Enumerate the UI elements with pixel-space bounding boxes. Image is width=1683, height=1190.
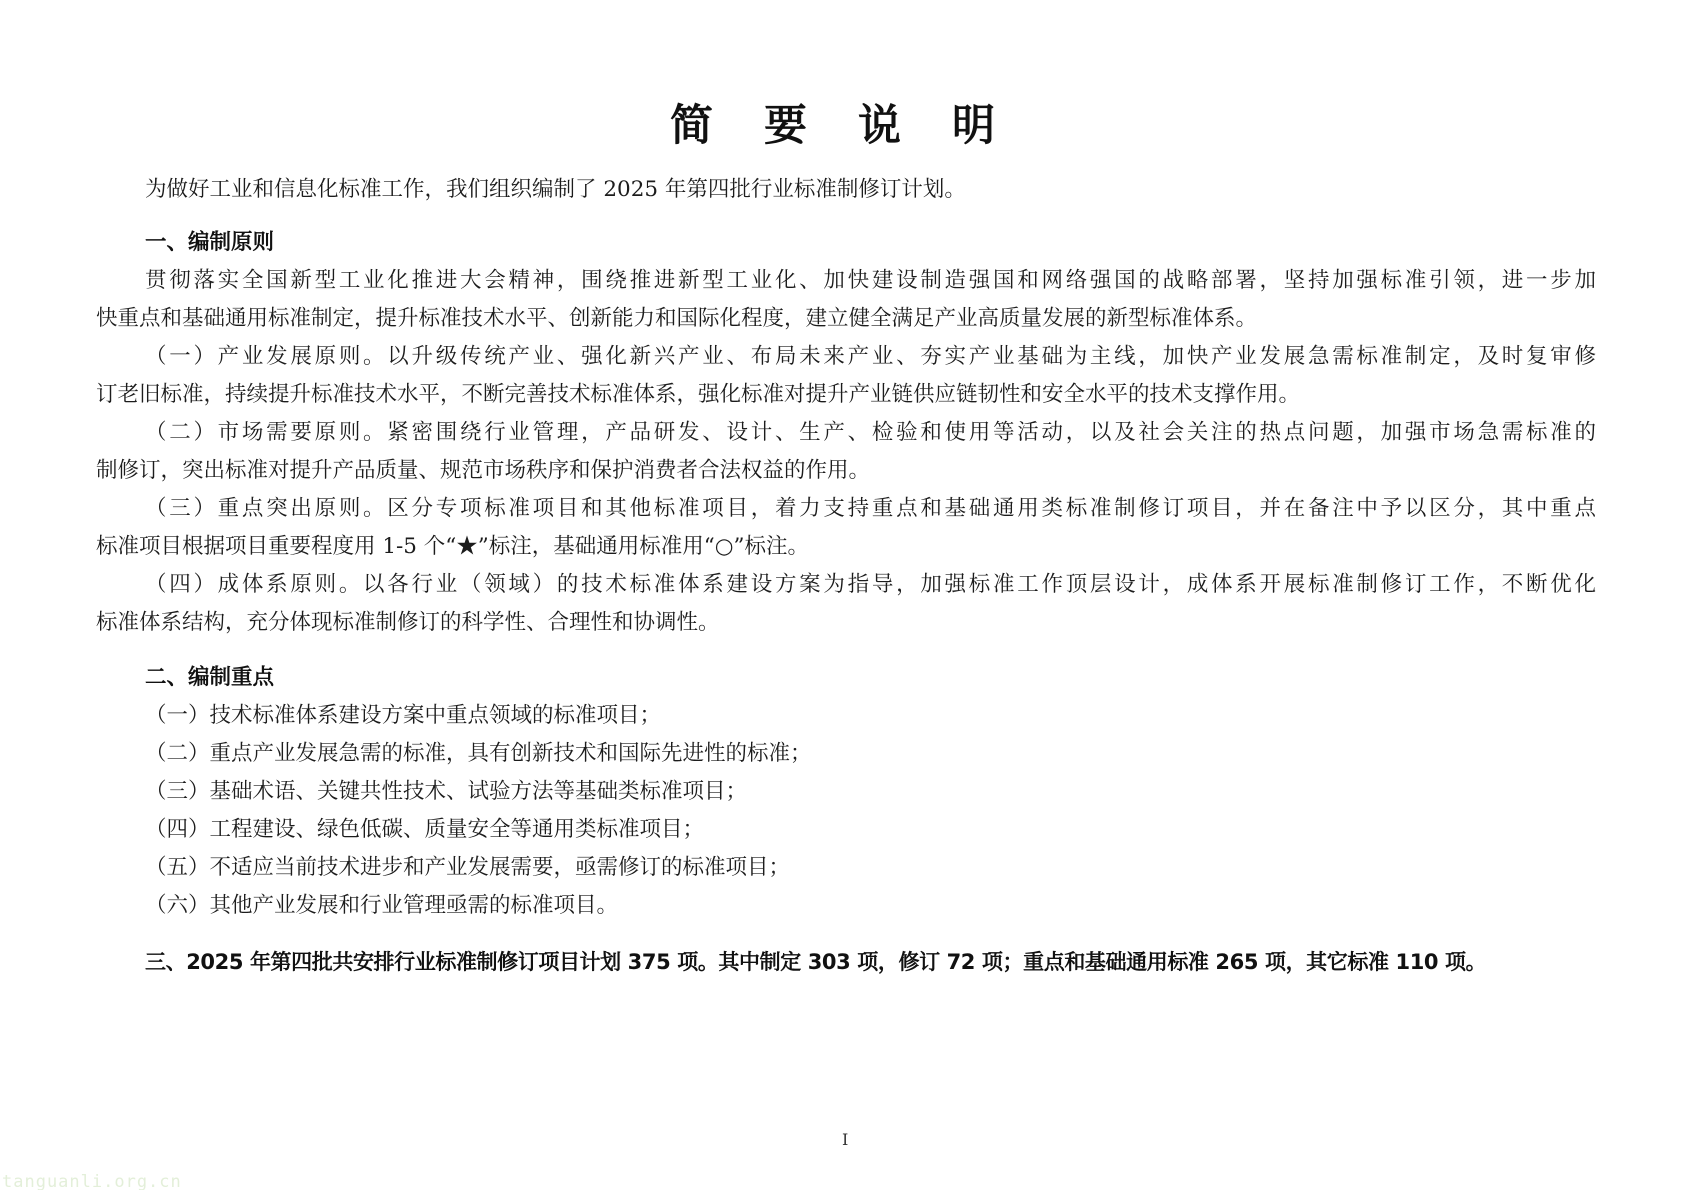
page-title: 简 要 说 明 bbox=[0, 92, 1683, 153]
principle-industry-line: （一）产业发展原则。以升级传统产业、强化新兴产业、布局未来产业、夯实产业基础为主… bbox=[145, 342, 1596, 372]
principle-market-line: （二）市场需要原则。紧密围绕行业管理，产品研发、设计、生产、检验和使用等活动，以… bbox=[145, 418, 1596, 448]
principle-focus-line: 标准项目根据项目重要程度用 1-5 个“★”标注，基础通用标准用“○”标注。 bbox=[96, 532, 1596, 562]
principle-focus-line: （三）重点突出原则。区分专项标准项目和其他标准项目，着力支持重点和基础通用类标准… bbox=[145, 494, 1596, 524]
document-page: 简 要 说 明 为做好工业和信息化标准工作，我们组织编制了 2025 年第四批行… bbox=[0, 0, 1683, 1190]
section1-paragraph-line: 快重点和基础通用标准制定，提升标准技术水平、创新能力和国际化程度，建立健全满足产… bbox=[96, 304, 1596, 334]
page-number: I bbox=[842, 1130, 848, 1149]
focus-list-item: （五）不适应当前技术进步和产业发展需要，亟需修订的标准项目； bbox=[145, 853, 790, 883]
intro-paragraph: 为做好工业和信息化标准工作，我们组织编制了 2025 年第四批行业标准制修订计划… bbox=[145, 175, 1596, 205]
focus-list-item: （一）技术标准体系建设方案中重点领域的标准项目； bbox=[145, 701, 661, 731]
focus-list-item: （四）工程建设、绿色低碳、质量安全等通用类标准项目； bbox=[145, 815, 704, 845]
section3-summary: 三、2025 年第四批共安排行业标准制修订项目计划 375 项。其中制定 303… bbox=[145, 947, 1599, 977]
focus-list-item: （三）基础术语、关键共性技术、试验方法等基础类标准项目； bbox=[145, 777, 747, 807]
focus-list-item: （六）其他产业发展和行业管理亟需的标准项目。 bbox=[145, 891, 618, 921]
section1-paragraph-line: 贯彻落实全国新型工业化推进大会精神，围绕推进新型工业化、加快建设制造强国和网络强… bbox=[145, 266, 1596, 296]
principle-system-line: 标准体系结构，充分体现标准制修订的科学性、合理性和协调性。 bbox=[96, 608, 1596, 638]
section1-heading: 一、编制原则 bbox=[145, 228, 1596, 258]
focus-list-item: （二）重点产业发展急需的标准，具有创新技术和国际先进性的标准； bbox=[145, 739, 812, 769]
watermark: tanguanli.org.cn bbox=[2, 1172, 182, 1190]
section2-heading: 二、编制重点 bbox=[145, 663, 1596, 693]
principle-market-line: 制修订，突出标准对提升产品质量、规范市场秩序和保护消费者合法权益的作用。 bbox=[96, 456, 1596, 486]
principle-industry-line: 订老旧标准，持续提升标准技术水平，不断完善技术标准体系，强化标准对提升产业链供应… bbox=[96, 380, 1596, 410]
principle-system-line: （四）成体系原则。以各行业（领域）的技术标准体系建设方案为指导，加强标准工作顶层… bbox=[145, 570, 1596, 600]
